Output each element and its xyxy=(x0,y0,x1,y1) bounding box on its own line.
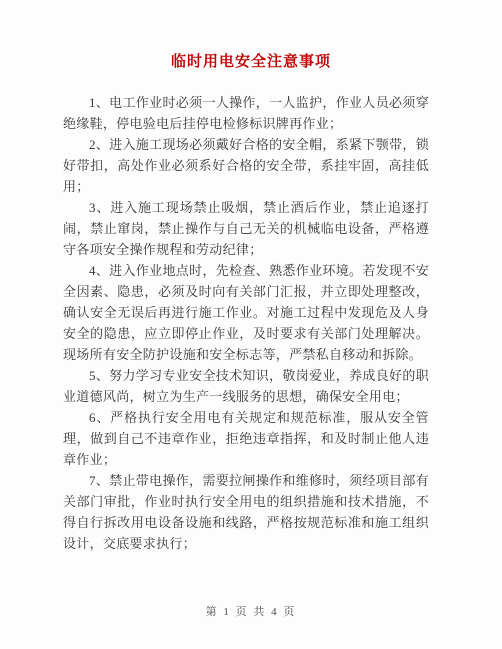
paragraph: 5、努力学习专业安全技术知识，敬岗爱业，养成良好的职业道德风尚，树立为生产一线服… xyxy=(63,365,429,407)
document-page: 临时用电安全注意事项 1、电工作业时必须一人操作，一人监护，作业人员必须穿绝缘鞋… xyxy=(0,0,502,649)
page-footer: 第 1 页 共 4 页 xyxy=(0,603,502,619)
page-number: 第 1 页 共 4 页 xyxy=(206,606,297,618)
paragraph: 6、严格执行安全用电有关规定和规范标准，服从安全管理，做到自己不违章作业，拒绝违… xyxy=(63,407,429,470)
paragraph: 2、进入施工现场必须戴好合格的安全帽，系紧下颚带，锁好带扣，高处作业必须系好合格… xyxy=(63,134,429,197)
paragraph: 4、进入作业地点时，先检查、熟悉作业环境。若发现不安全因素、隐患，必须及时向有关… xyxy=(63,260,429,365)
paragraph: 7、禁止带电操作，需要拉闸操作和维修时，须经项目部有关部门审批，作业时执行安全用… xyxy=(63,470,429,554)
document-title: 临时用电安全注意事项 xyxy=(0,0,502,72)
paragraph: 3、进入施工现场禁止吸烟，禁止酒后作业，禁止追逐打闹，禁止窜岗，禁止操作与自己无… xyxy=(63,197,429,260)
paragraph: 1、电工作业时必须一人操作，一人监护，作业人员必须穿绝缘鞋，停电验电后挂停电检修… xyxy=(63,92,429,134)
document-body: 1、电工作业时必须一人操作，一人监护，作业人员必须穿绝缘鞋，停电验电后挂停电检修… xyxy=(63,92,429,554)
